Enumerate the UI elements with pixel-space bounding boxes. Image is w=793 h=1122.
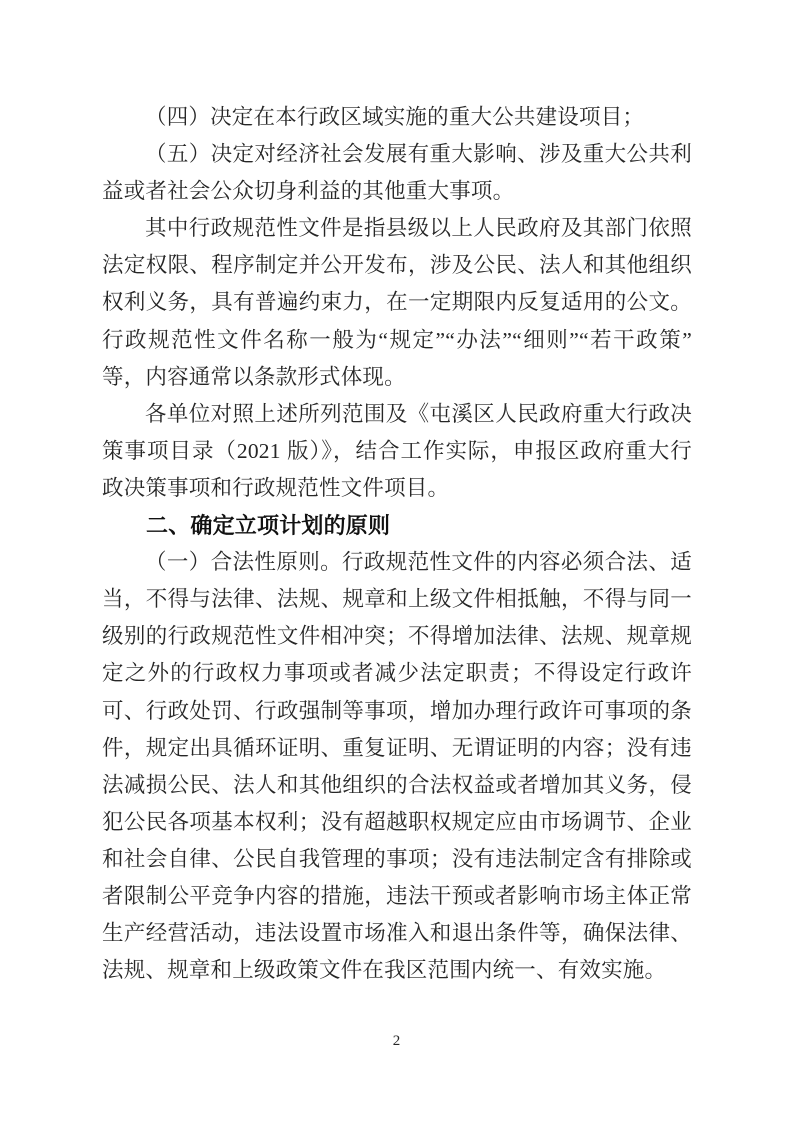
document-page: （四）决定在本行政区域实施的重大公共建设项目； （五）决定对经济社会发展有重大影… <box>0 0 793 1122</box>
paragraph-clause-four: （四）决定在本行政区域实施的重大公共建设项目； <box>102 99 692 136</box>
paragraph-clause-five: （五）决定对经济社会发展有重大影响、涉及重大公共利益或者社会公众切身利益的其他重… <box>102 136 692 210</box>
paragraph-principle-legality: （一）合法性原则。行政规范性文件的内容必须合法、适当，不得与法律、法规、规章和上… <box>102 544 692 989</box>
page-number: 2 <box>393 1033 401 1049</box>
paragraph-declaration-instruction: 各单位对照上述所列范围及《屯溪区人民政府重大行政决策事项目录（2021 版）》，… <box>102 396 692 507</box>
page-footer: 2 <box>0 1032 793 1050</box>
document-body: （四）决定在本行政区域实施的重大公共建设项目； （五）决定对经济社会发展有重大影… <box>102 99 692 989</box>
paragraph-normative-document-definition: 其中行政规范性文件是指县级以上人民政府及其部门依照法定权限、程序制定并公开发布，… <box>102 210 692 395</box>
section-heading-principles: 二、确定立项计划的原则 <box>102 507 692 544</box>
